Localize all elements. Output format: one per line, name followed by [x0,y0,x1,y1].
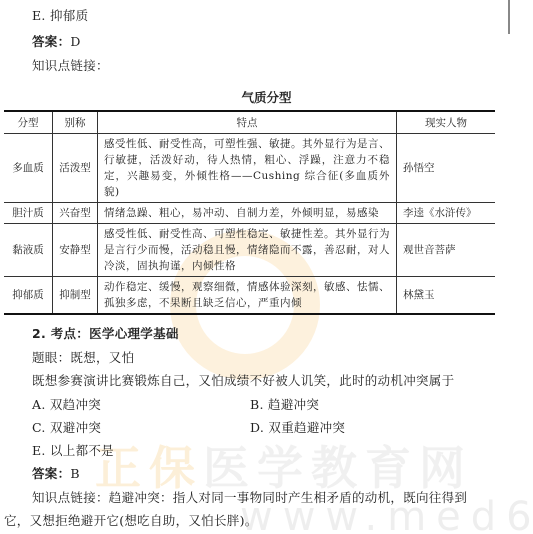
question2-answer: 答案：B [32,466,80,482]
table-header-row: 分型 别称 特点 现实人物 [4,111,495,134]
cell-alias: 抑制型 [53,277,98,315]
cell-type: 抑郁质 [4,277,53,315]
header-alias: 别称 [53,111,98,134]
option-d: D. 双重趋避冲突 [250,420,345,436]
cell-person: 观世音菩萨 [397,224,496,277]
cell-type: 黏液质 [4,224,53,277]
prev-option-e: E. 抑郁质 [32,8,88,24]
table-row: 多血质 活泼型 感受性低、耐受性高，可塑性强、敏捷。其外显行为是言、行敏捷，活泼… [4,134,495,203]
cell-person: 孙悟空 [397,134,496,203]
cell-alias: 活泼型 [53,134,98,203]
question2-knowledge-line2: 它，又想拒绝避开它(想吃自助，又怕长胖)。 [4,513,258,529]
header-type: 分型 [4,111,53,134]
cell-features: 感受性低、耐受性高、可塑性稳定、敏捷性差。其外显行为是言行少而慢，活动稳且慢，情… [98,224,397,277]
cell-type: 胆汁质 [4,203,53,224]
table-row: 黏液质 安静型 感受性低、耐受性高、可塑性稳定、敏捷性差。其外显行为是言行少而慢… [4,224,495,277]
table-title: 气质分型 [0,88,533,106]
option-a: A. 双趋冲突 [32,397,101,413]
cell-person: 李逵《水浒传》 [397,203,496,224]
prev-knowledge-link: 知识点链接： [32,58,109,74]
cell-alias: 安静型 [53,224,98,277]
cell-features: 感受性低、耐受性高，可塑性强、敏捷。其外显行为是言、行敏捷，活泼好动，待人热情，… [98,134,397,203]
question2-heading: 2. 考点：医学心理学基础 [32,326,179,342]
cell-person: 林黛玉 [397,277,496,315]
header-person: 现实人物 [397,111,496,134]
option-c: C. 双避冲突 [32,420,101,436]
cell-alias: 兴奋型 [53,203,98,224]
page-edge-bar [508,0,510,34]
table-row: 抑郁质 抑制型 动作稳定、缓慢，观察细微，情感体验深刻，敏感、怯懦、孤独多虑，不… [4,277,495,315]
question2-stem: 既想参赛演讲比赛锻炼自己，又怕成绩不好被人讥笑，此时的动机冲突属于 [32,373,454,389]
question2-hint: 题眼：既想，又怕 [32,350,134,366]
watermark-text: 正保医学教育网 [95,432,473,498]
cell-features: 情绪急躁、粗心，易冲动、自制力差，外倾明显，易感染 [98,203,397,224]
cell-features: 动作稳定、缓慢，观察细微，情感体验深刻，敏感、怯懦、孤独多虑，不果断且缺乏信心，… [98,277,397,315]
header-features: 特点 [98,111,397,134]
question2-knowledge-line1: 知识点链接：趋避冲突：指人对同一事物同时产生相矛盾的动机，既向往得到 [32,490,467,506]
option-b: B. 趋避冲突 [250,397,319,413]
option-e: E. 以上都不是 [32,443,114,459]
temperament-table: 分型 别称 特点 现实人物 多血质 活泼型 感受性低、耐受性高，可塑性强、敏捷。… [4,110,495,315]
cell-type: 多血质 [4,134,53,203]
prev-answer: 答案：D [32,34,81,50]
table-row: 胆汁质 兴奋型 情绪急躁、粗心，易冲动、自制力差，外倾明显，易感染 李逵《水浒传… [4,203,495,224]
